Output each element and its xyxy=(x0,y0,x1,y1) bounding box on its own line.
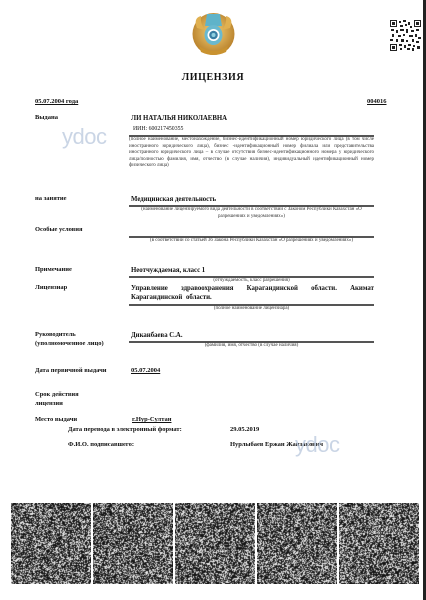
qr-code-icon xyxy=(390,20,421,51)
issued-to-label: Выдана xyxy=(35,114,58,123)
barcode-icon xyxy=(93,503,173,584)
special-conditions-note: (в соответствии со статьей 36 Закона Рес… xyxy=(134,238,369,245)
watermark: ydoc xyxy=(62,124,106,150)
first-issue-value: 05.07.2004 xyxy=(131,367,160,374)
issued-to-note: (полное наименование, местонахождение, б… xyxy=(129,137,374,170)
licensee-name: ЛИ НАТАЛЬЯ НИКОЛАЕВНА xyxy=(131,114,227,123)
validity-label-line1: Срок действия xyxy=(35,391,79,400)
license-number: 004016 xyxy=(367,98,387,105)
remark-label: Примечание xyxy=(35,266,72,275)
first-issue-label: Дата первичной выдачи xyxy=(35,367,107,376)
validity-label-line2: лицензии xyxy=(35,400,63,409)
document-title: ЛИЦЕНЗИЯ xyxy=(0,72,426,83)
place-label: Место выдачи xyxy=(35,416,77,425)
signer-label: Ф.И.О. подписавшего: xyxy=(68,441,134,448)
activity-label: на занятие xyxy=(35,195,67,204)
barcode-icon xyxy=(175,503,255,584)
barcode-icon xyxy=(257,503,337,584)
activity-value: Медицинская деятельность xyxy=(131,195,216,204)
licensor-label: Лицензиар xyxy=(35,284,67,293)
conversion-value: 29.05.2019 xyxy=(230,426,259,433)
place-value: г.Нур-Султан xyxy=(132,416,171,423)
state-emblem-icon xyxy=(191,8,236,58)
licensee-iin: ИИН: 600217450355 xyxy=(133,126,183,132)
activity-note: (наименование лицензируемого вида деятел… xyxy=(134,207,369,220)
licensor-note: (полное наименование лицензиара) xyxy=(129,306,374,313)
issue-date: 05.07.2004 года xyxy=(35,98,78,105)
license-page: ЛИЦЕНЗИЯ 05.07.2004 года 004016 Выдана Л… xyxy=(0,0,426,600)
conversion-label: Дата перевода в электронный формат: xyxy=(68,426,182,433)
head-note: (фамилия, имя, отчество (в случае наличи… xyxy=(129,343,374,350)
barcode-icon xyxy=(11,503,91,584)
head-label-line2: (уполномоченное лицо) xyxy=(35,340,104,349)
licensor-value: Управление здравоохранения Карагандинско… xyxy=(131,284,374,302)
head-label-line1: Руководитель xyxy=(35,331,76,340)
barcode-strip xyxy=(11,503,422,584)
watermark: ydoc xyxy=(295,432,339,458)
remark-value: Неотчуждаемая, класс 1 xyxy=(131,266,205,275)
head-value: Диканбаева С.А. xyxy=(131,331,183,340)
special-conditions-label: Особые условия xyxy=(35,226,82,235)
barcode-icon xyxy=(339,503,419,584)
